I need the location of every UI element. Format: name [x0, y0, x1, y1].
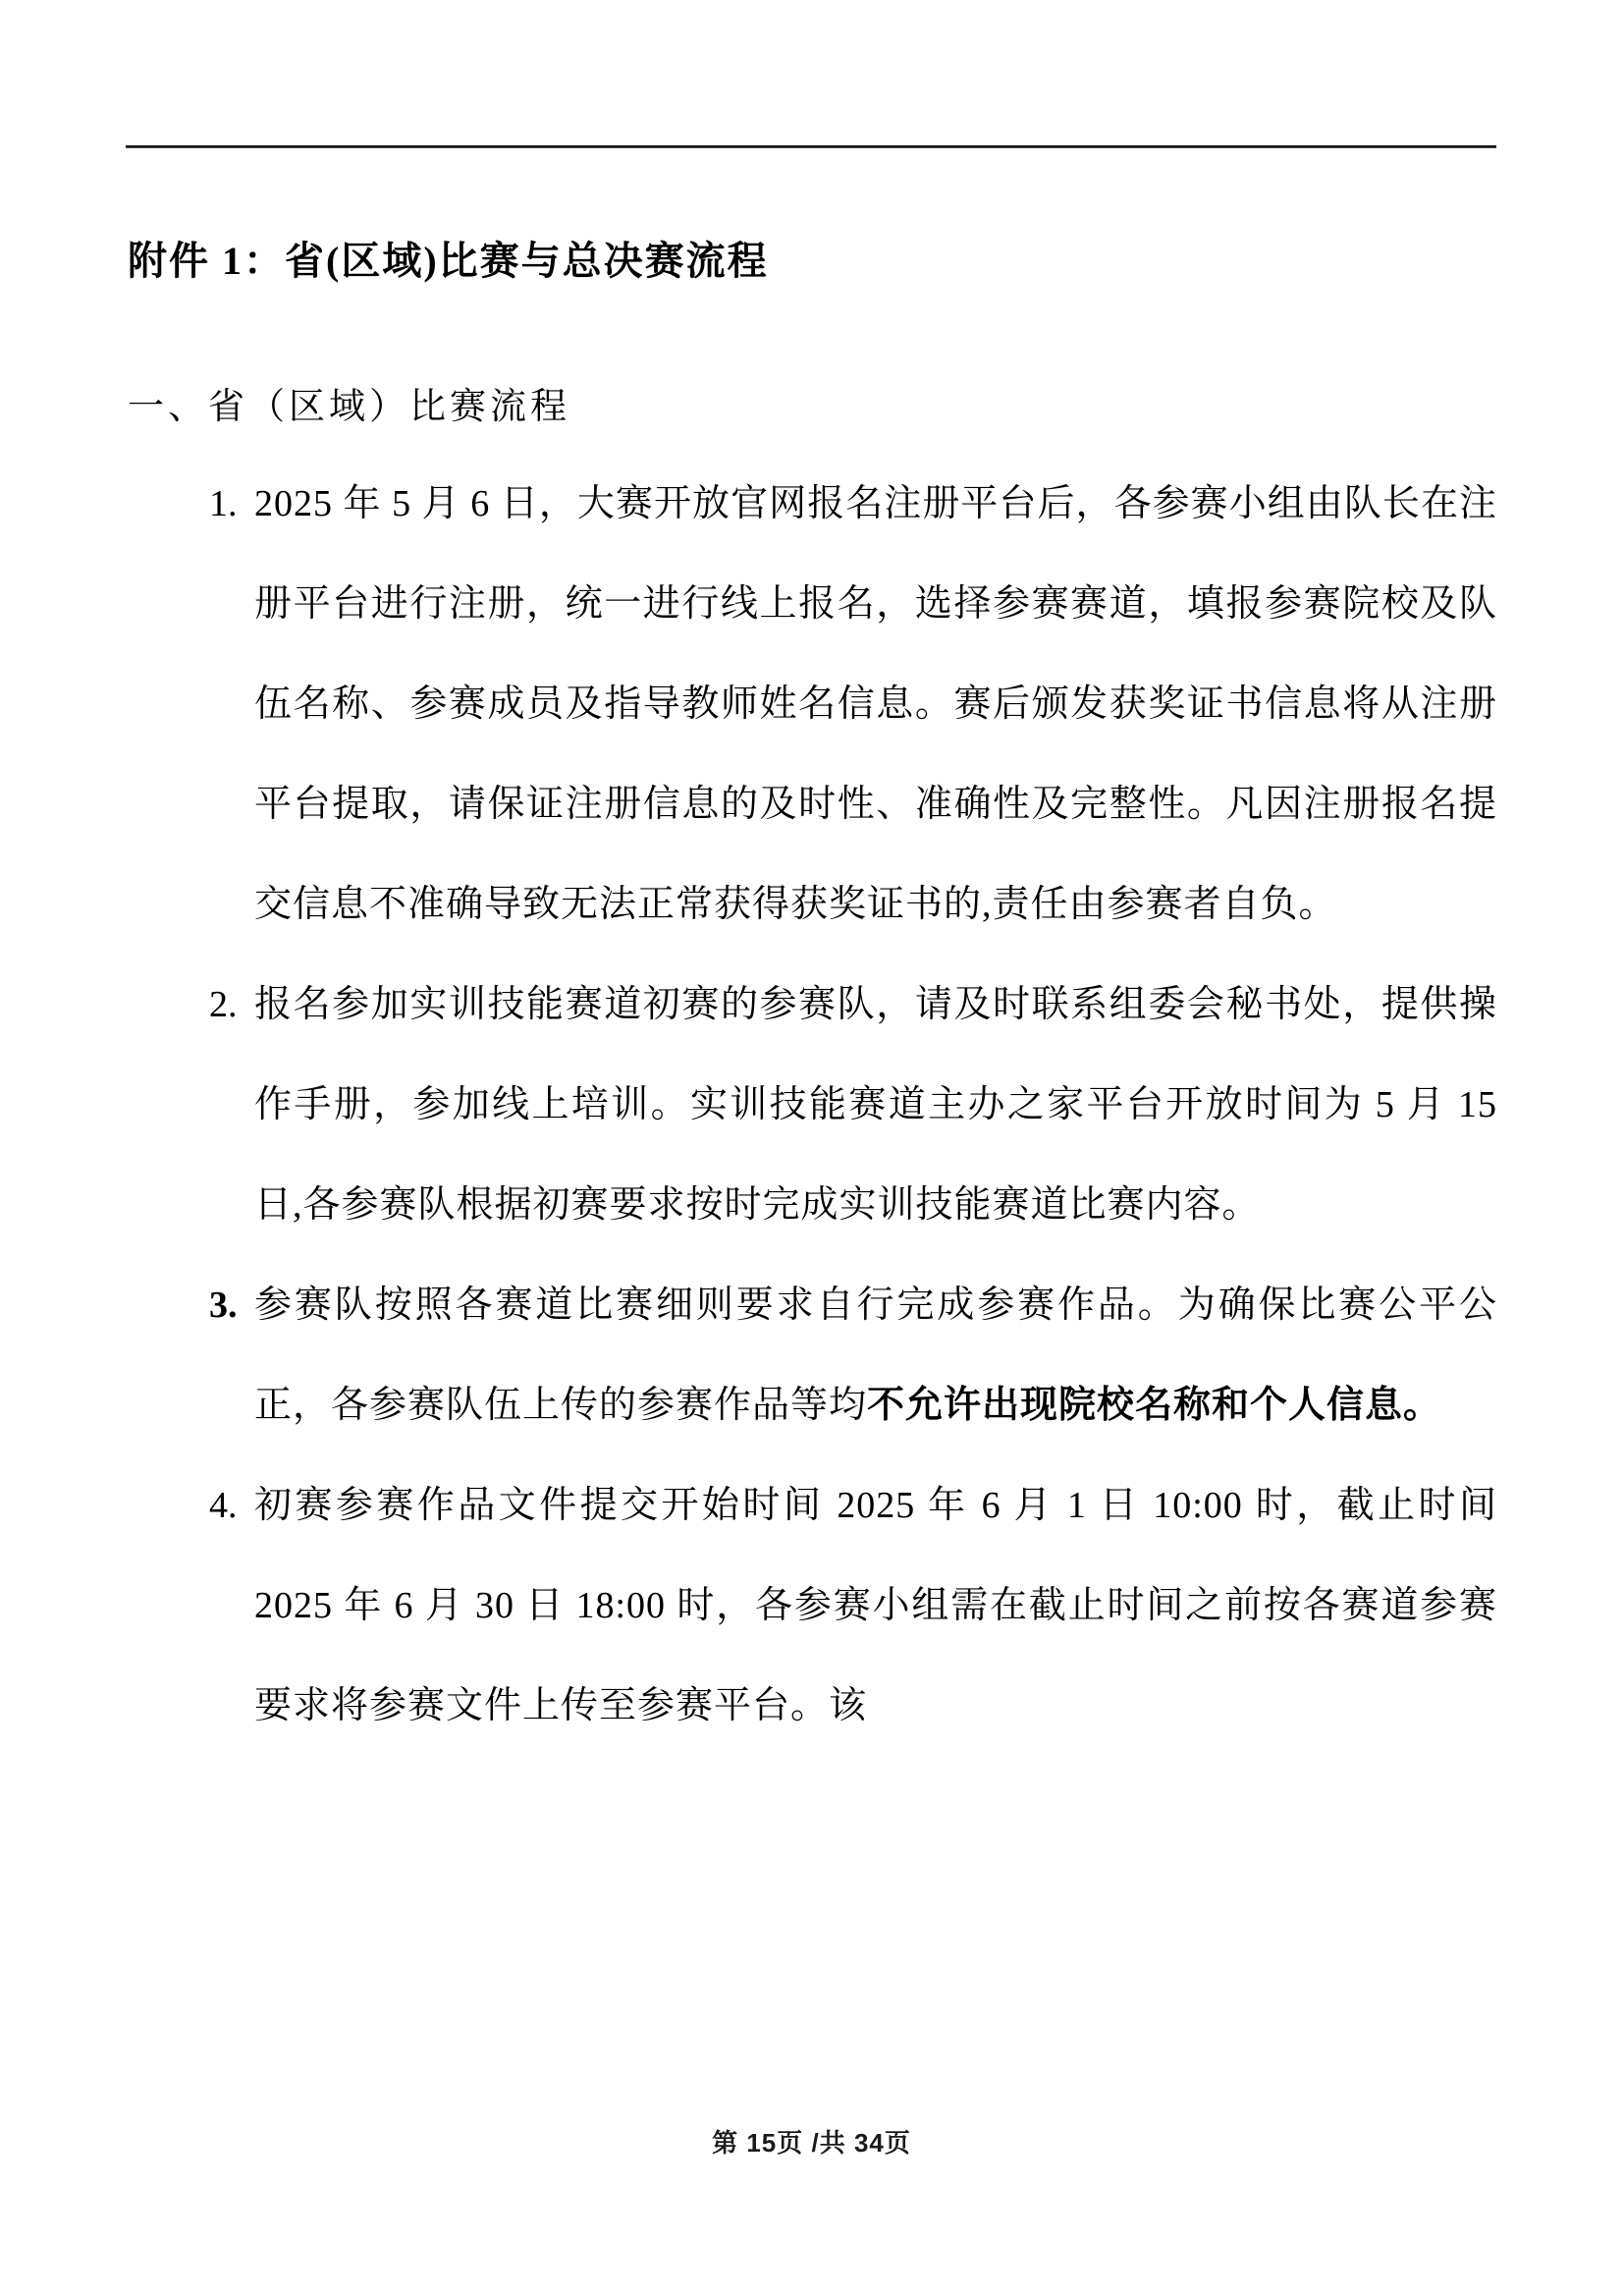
- item-text: 2025 年 5 月 6 日，大赛开放官网报名注册平台后，各参赛小组由队长在注册…: [254, 454, 1497, 955]
- page-number-label: 第 15页 /共 34页: [712, 2128, 911, 2158]
- page-footer: 第 15页 /共 34页: [0, 2123, 1623, 2159]
- list-item-2: 2. 报名参加实训技能赛道初赛的参赛队，请及时联系组委会秘书处，提供操作手册，参…: [209, 955, 1497, 1255]
- item-text: 报名参加实训技能赛道初赛的参赛队，请及时联系组委会秘书处，提供操作手册，参加线上…: [254, 955, 1497, 1255]
- numbered-list: 1. 2025 年 5 月 6 日，大赛开放官网报名注册平台后，各参赛小组由队长…: [209, 454, 1497, 1756]
- item-number: 3.: [209, 1255, 254, 1355]
- item-number: 2.: [209, 955, 254, 1055]
- item-text: 初赛参赛作品文件提交开始时间 2025 年 6 月 1 日 10:00 时，截止…: [254, 1455, 1497, 1756]
- item-text-normal: 2025 年 5 月 6 日，大赛开放官网报名注册平台后，各参赛小组由队长在注册…: [254, 483, 1497, 925]
- list-item-3: 3. 参赛队按照各赛道比赛细则要求自行完成参赛作品。为确保比赛公平公正，各参赛队…: [209, 1255, 1497, 1455]
- attachment-title: 附件 1：省(区域)比赛与总决赛流程: [128, 230, 769, 286]
- header-rule: [126, 145, 1496, 148]
- list-item-4: 4. 初赛参赛作品文件提交开始时间 2025 年 6 月 1 日 10:00 时…: [209, 1455, 1497, 1756]
- item-text-normal: 报名参加实训技能赛道初赛的参赛队，请及时联系组委会秘书处，提供操作手册，参加线上…: [254, 984, 1497, 1226]
- item-number: 1.: [209, 454, 254, 554]
- item-text-normal: 初赛参赛作品文件提交开始时间 2025 年 6 月 1 日 10:00 时，截止…: [254, 1485, 1497, 1726]
- list-item-1: 1. 2025 年 5 月 6 日，大赛开放官网报名注册平台后，各参赛小组由队长…: [209, 454, 1497, 955]
- item-text: 参赛队按照各赛道比赛细则要求自行完成参赛作品。为确保比赛公平公正，各参赛队伍上传…: [254, 1255, 1497, 1455]
- item-text-bold: 不允许出现院校名称和个人信息。: [867, 1385, 1441, 1426]
- document-page: 附件 1：省(区域)比赛与总决赛流程 一、省（区域）比赛流程 1. 2025 年…: [0, 0, 1623, 2296]
- section-heading: 一、省（区域）比赛流程: [128, 376, 570, 429]
- item-number: 4.: [209, 1455, 254, 1556]
